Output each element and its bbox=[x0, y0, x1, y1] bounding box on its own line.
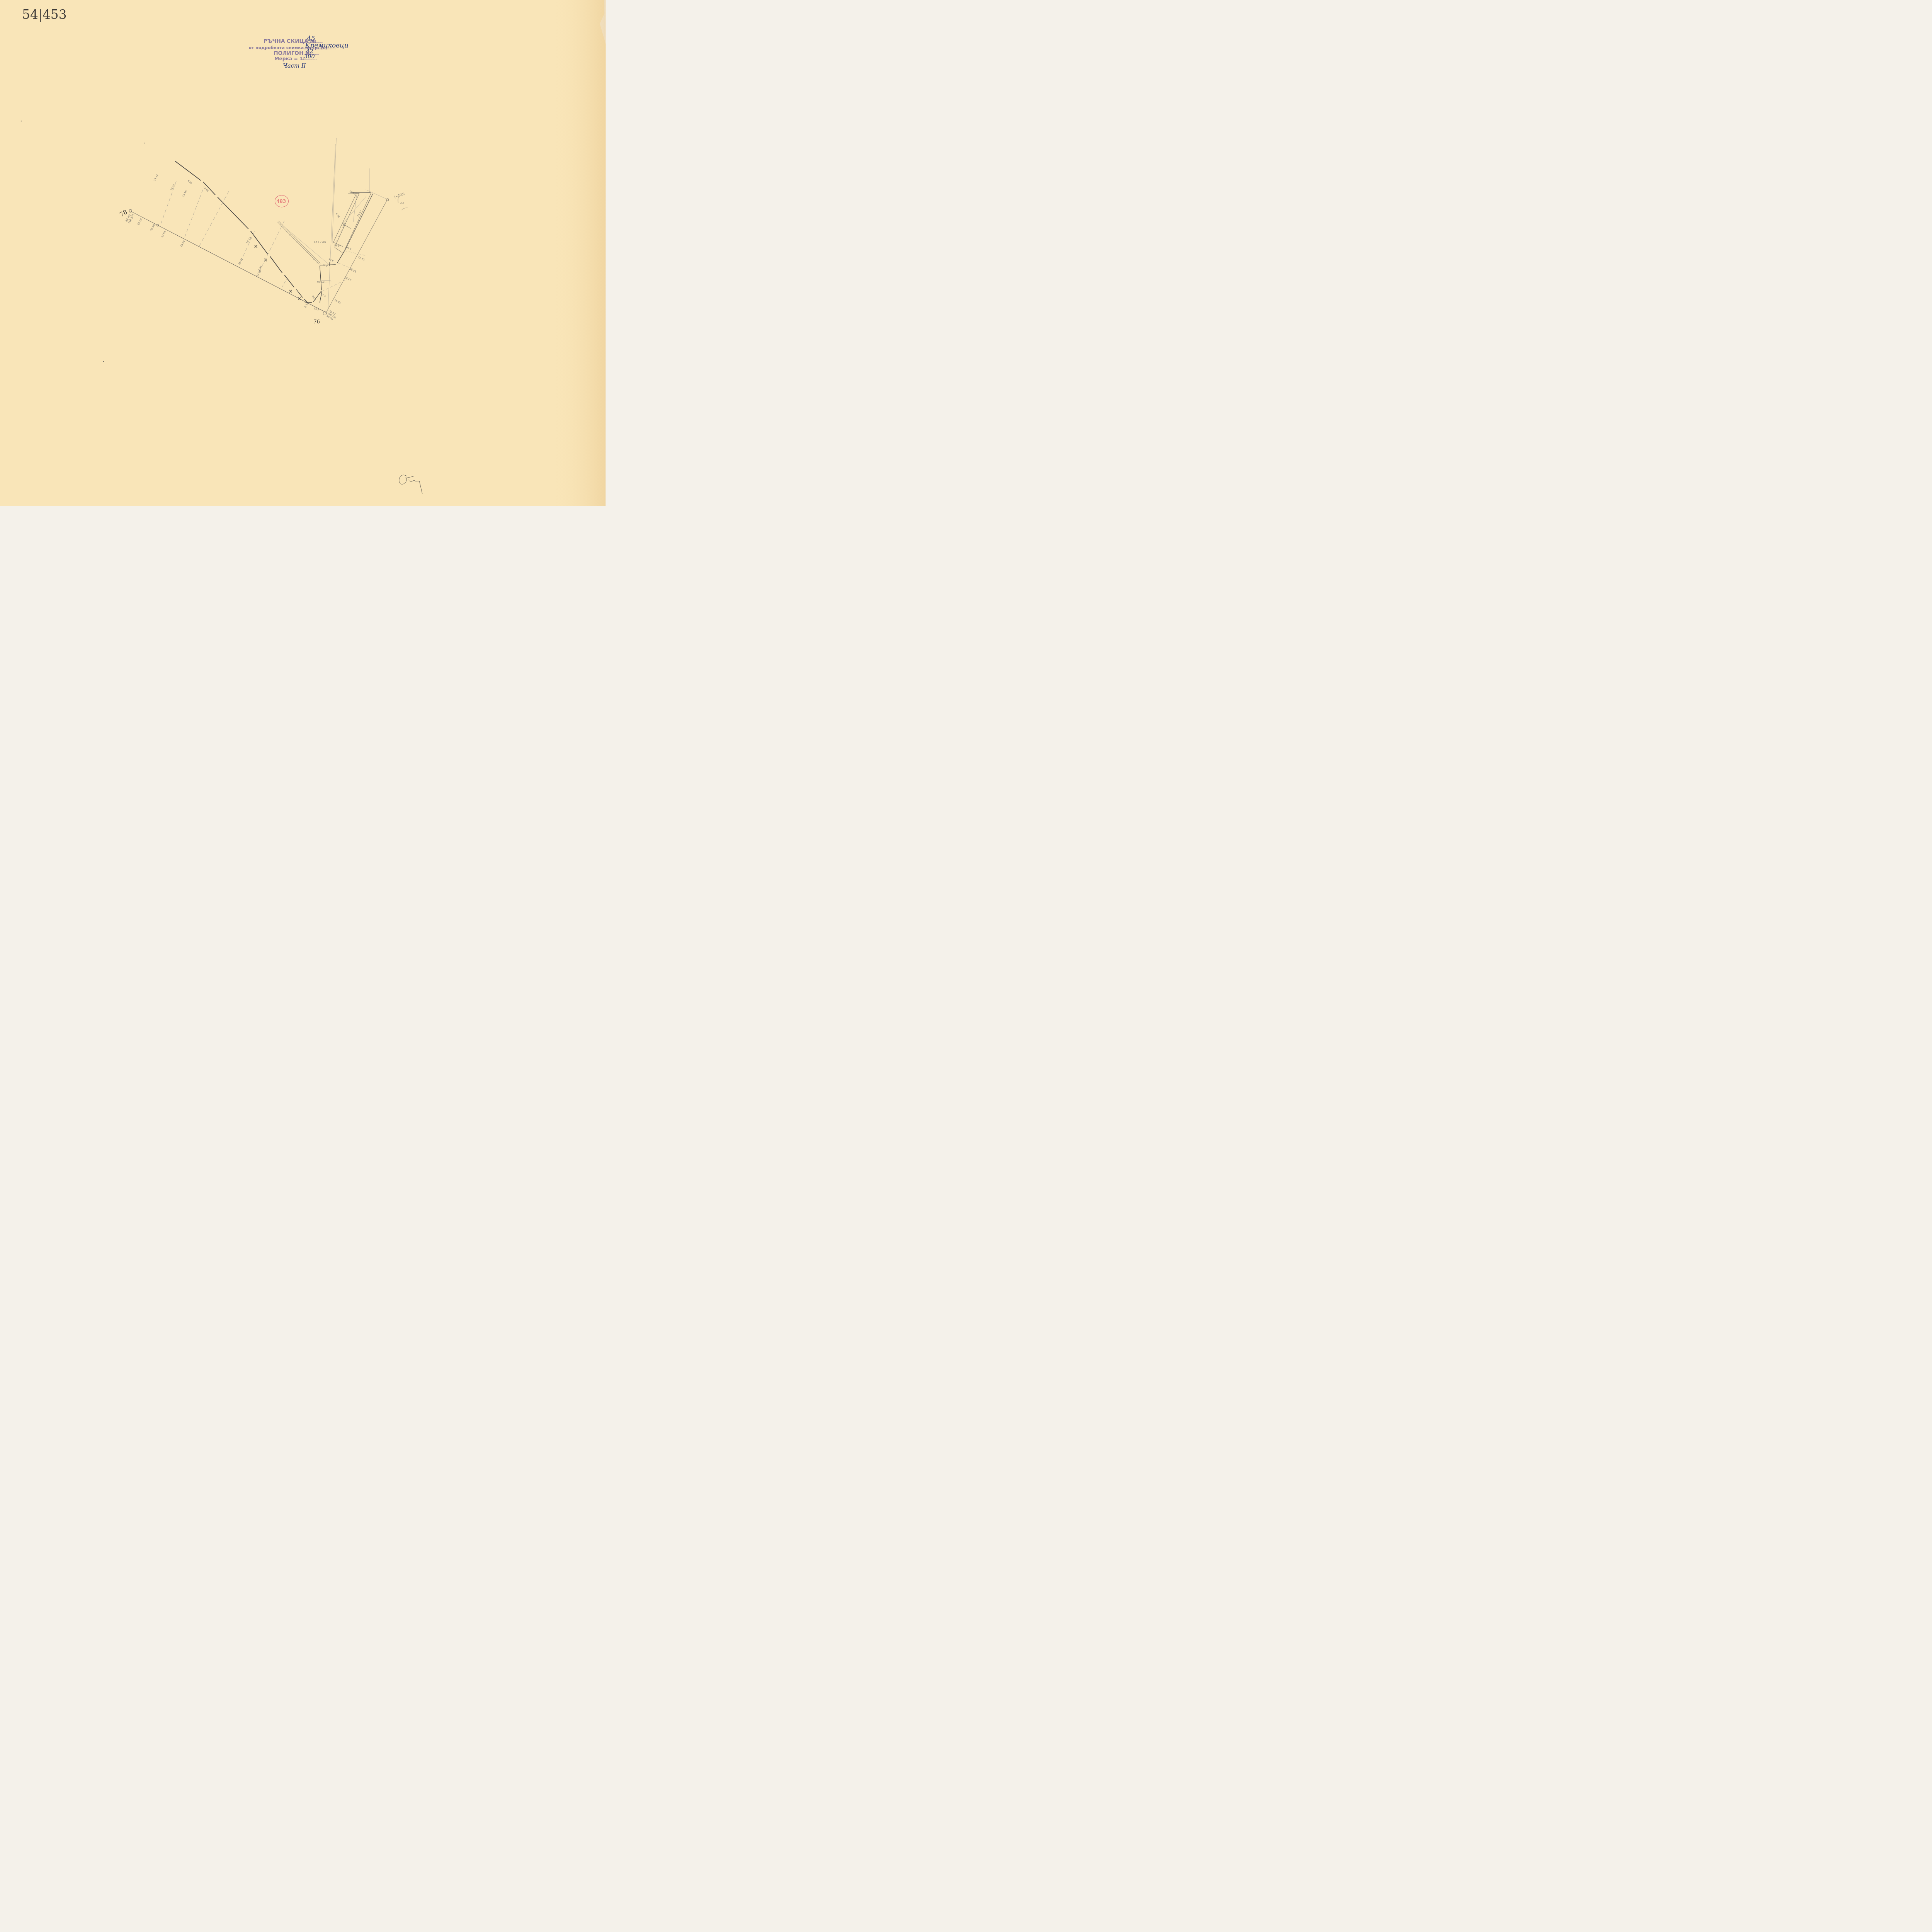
svg-text:483: 483 bbox=[276, 199, 286, 204]
stamp-line-1-value: 45 bbox=[306, 35, 315, 43]
archive-number: 54|453 bbox=[22, 7, 67, 22]
part-note: Част II bbox=[283, 62, 306, 69]
paper-sheet bbox=[0, 0, 606, 506]
stamp-line-4-value: 300 bbox=[304, 54, 315, 60]
paper-speck bbox=[103, 361, 104, 362]
station-76-label: 76 bbox=[313, 319, 320, 325]
paper-edge-shading bbox=[551, 0, 606, 506]
paper-speck bbox=[21, 121, 22, 121]
survey-sheet: 54|453 РЪЧНА СКИЦА № 45 от подробната сн… bbox=[0, 0, 606, 506]
svg-text:54|453: 54|453 bbox=[22, 7, 67, 22]
right-station-mark: << bbox=[400, 202, 404, 205]
junction-value: 63 96 bbox=[317, 280, 325, 283]
angle-note: 180 19 43 bbox=[314, 240, 326, 242]
survey-sketch-canvas: 54|453 РЪЧНА СКИЦА № 45 от подробната сн… bbox=[0, 0, 606, 506]
paper-speck bbox=[145, 143, 145, 143]
stamp-line-4-label: Мерка = 1: bbox=[274, 56, 304, 61]
